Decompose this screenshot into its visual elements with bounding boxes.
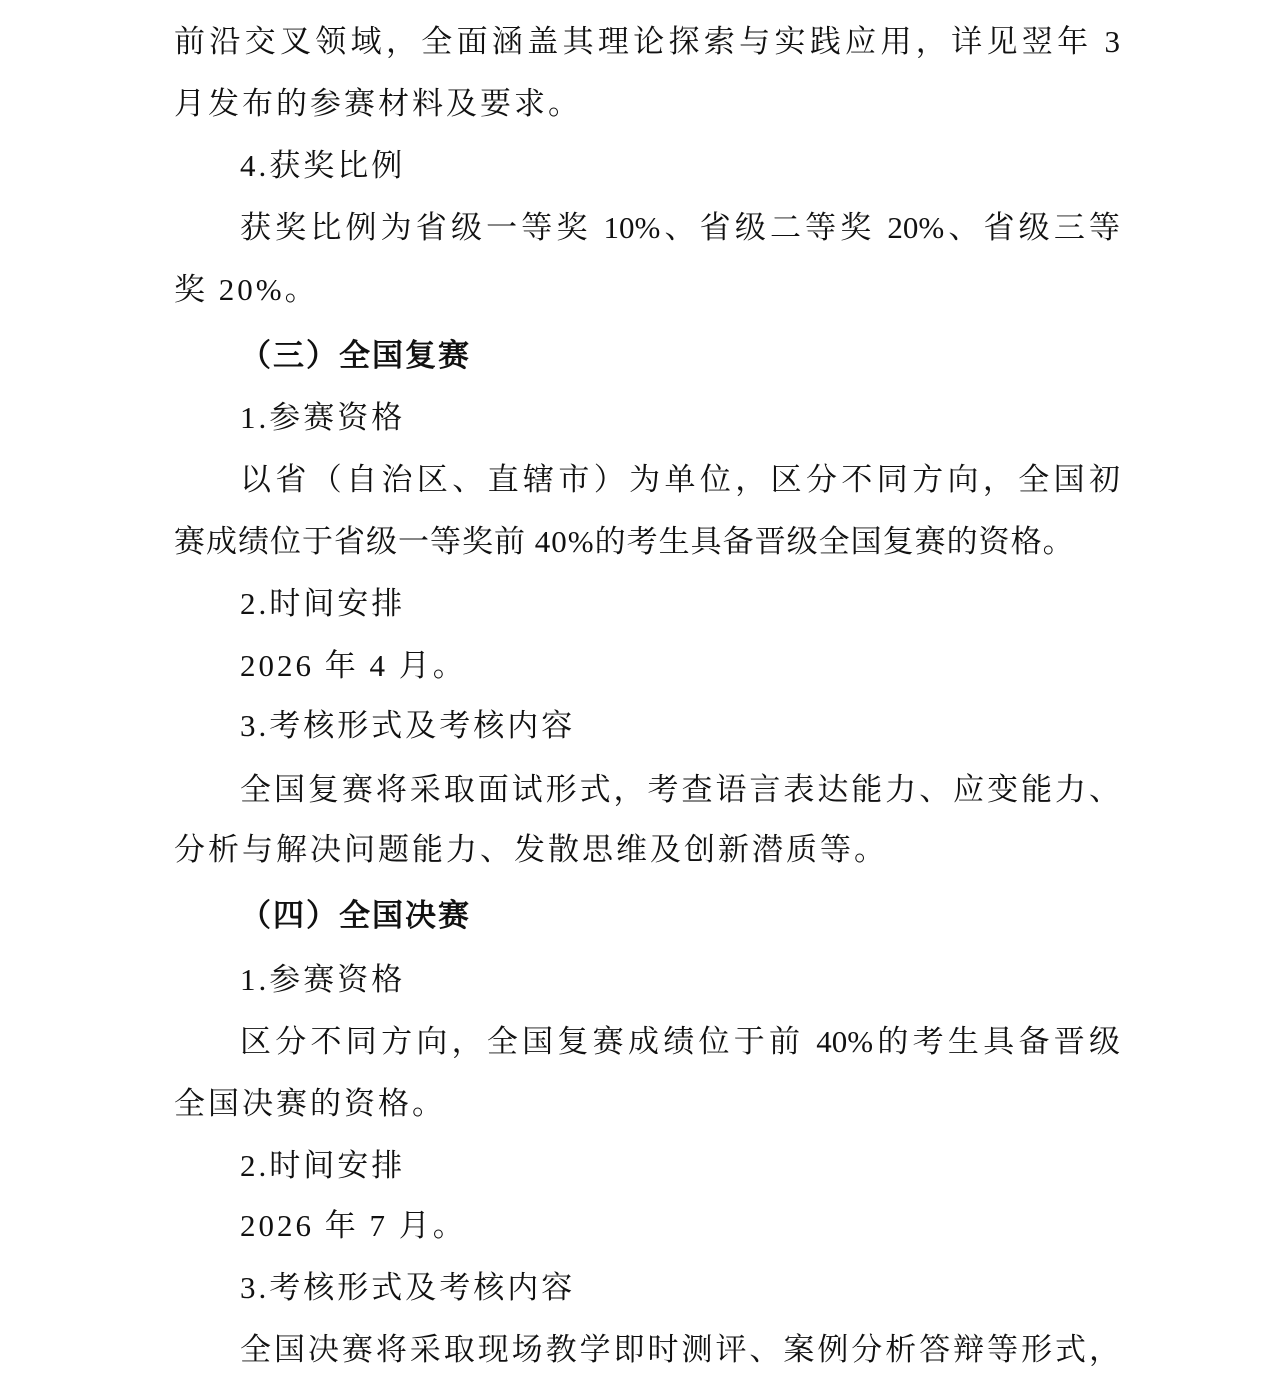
subsection-title-assessment: 3.考核形式及考核内容 bbox=[240, 1268, 575, 1308]
section-heading-national-semifinal: （三）全国复赛 bbox=[240, 336, 471, 376]
section-heading-national-final: （四）全国决赛 bbox=[240, 896, 471, 936]
subsection-title-schedule: 2.时间安排 bbox=[240, 1146, 405, 1186]
body-text-line: 前沿交叉领域，全面涵盖其理论探索与实践应用，详见翌年 3 bbox=[174, 22, 1120, 62]
subsection-title-assessment: 3.考核形式及考核内容 bbox=[240, 706, 575, 746]
body-text-line: 全国决赛的资格。 bbox=[174, 1084, 446, 1124]
subsection-title-schedule: 2.时间安排 bbox=[240, 584, 405, 624]
body-text-line: 全国决赛将采取现场教学即时测评、案例分析答辩等形式， bbox=[240, 1330, 1120, 1370]
body-text-line: 以省（自治区、直辖市）为单位，区分不同方向，全国初 bbox=[240, 460, 1120, 500]
body-text-line: 分析与解决问题能力、发散思维及创新潜质等。 bbox=[174, 830, 888, 870]
body-text-line: 获奖比例为省级一等奖 10%、省级二等奖 20%、省级三等 bbox=[240, 208, 1120, 248]
subsection-title-eligibility: 1.参赛资格 bbox=[240, 398, 405, 438]
body-text-line: 区分不同方向，全国复赛成绩位于前 40%的考生具备晋级 bbox=[240, 1022, 1120, 1062]
body-text-line: 全国复赛将采取面试形式，考查语言表达能力、应变能力、 bbox=[240, 770, 1120, 810]
subsection-title-eligibility: 1.参赛资格 bbox=[240, 960, 405, 1000]
body-text-line: 2026 年 4 月。 bbox=[240, 646, 467, 686]
body-text-line: 月发布的参赛材料及要求。 bbox=[174, 84, 582, 124]
body-text-line: 2026 年 7 月。 bbox=[240, 1206, 467, 1246]
body-text-line: 赛成绩位于省级一等奖前 40%的考生具备晋级全国复赛的资格。 bbox=[174, 522, 1075, 562]
subsection-title-award-ratio: 4.获奖比例 bbox=[240, 146, 405, 186]
body-text-line: 奖 20%。 bbox=[174, 270, 319, 310]
